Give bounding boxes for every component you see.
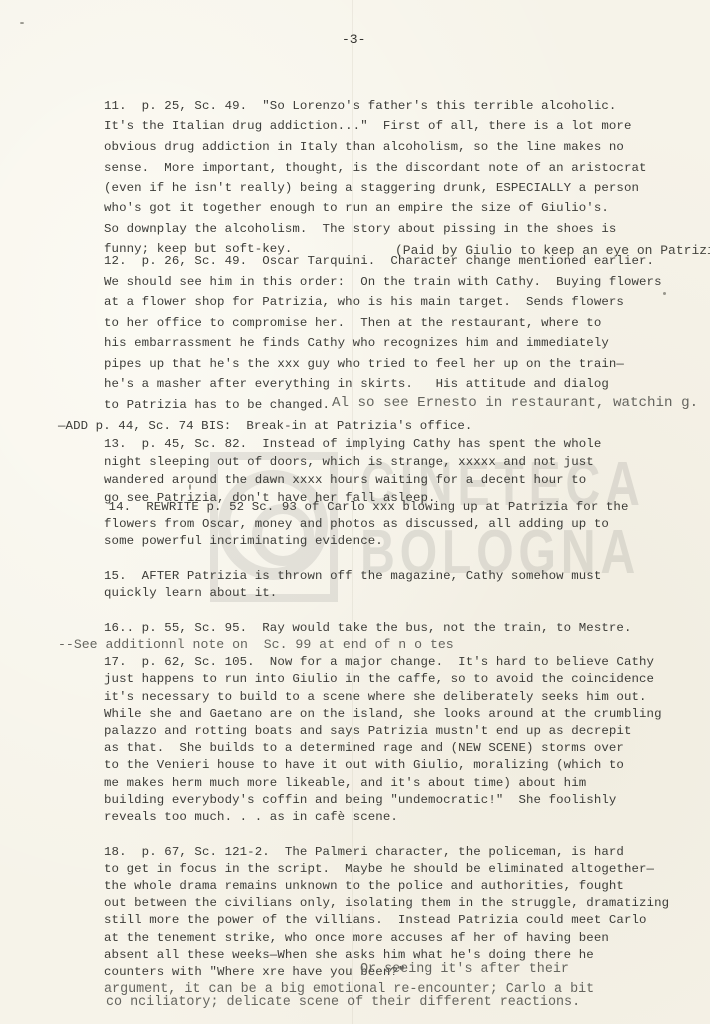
note-line: to her office to compromise her. Then at… xyxy=(104,316,601,330)
paper-speck xyxy=(663,292,666,295)
note-line: 13. p. 45, Sc. 82. Instead of implying C… xyxy=(104,437,601,451)
note-line: night sleeping out of doors, which is st… xyxy=(104,455,594,469)
note-line: his embarrassment he finds Cathy who rec… xyxy=(104,336,609,350)
paper-speck xyxy=(20,22,24,24)
document-page: CINETECA BOLOGNA -3- 11. p. 25, Sc. 49. … xyxy=(0,0,710,1024)
note-addendum: --See additionnl note on Sc. 99 at end o… xyxy=(58,637,454,652)
note-line: some powerful incriminating evidence. xyxy=(104,534,383,548)
note-line: 14. REWRITE p. 52 Sc. 93 of Carlo xxx bl… xyxy=(101,500,629,514)
note-line: We should see him in this order: On the … xyxy=(104,275,662,289)
note-line: out between the civilians only, isolatin… xyxy=(104,896,669,910)
note-line: wandered around the dawn xxxx hours wait… xyxy=(104,473,586,487)
note-line: at a flower shop for Patrizia, who is hi… xyxy=(104,295,624,309)
note-line: obvious drug addiction in Italy than alc… xyxy=(104,140,624,154)
note-line: 16.. p. 55, Sc. 95. Ray would take the b… xyxy=(104,621,632,635)
note-line: quickly learn about it. xyxy=(104,586,277,600)
note-line: While she and Gaetano are on the island,… xyxy=(104,707,662,721)
note-line: just happens to run into Giulio in the c… xyxy=(104,672,654,686)
note-line: building everybody's coffin and being "u… xyxy=(104,793,616,807)
note-line: as that. She builds to a determined rage… xyxy=(104,741,624,755)
note-line: to get in focus in the script. Maybe he … xyxy=(104,862,654,876)
note-line: So downplay the alcoholism. The story ab… xyxy=(104,222,616,236)
note-continuation: Or seeing it's after their xyxy=(360,962,569,977)
note-line: the whole drama remains unknown to the p… xyxy=(104,879,624,893)
note-line: —ADD p. 44, Sc. 74 BIS: Break-in at Patr… xyxy=(58,419,472,433)
note-line: it's necessary to build to a scene where… xyxy=(104,690,647,704)
page-number: -3- xyxy=(342,32,365,47)
note-line: he's a masher after everything in skirts… xyxy=(104,377,609,391)
note-line: palazzo and rotting boats and says Patri… xyxy=(104,724,632,738)
note-addendum: Al so see Ernesto in restaurant, watchin… xyxy=(332,395,698,411)
note-line: 18. p. 67, Sc. 121-2. The Palmeri charac… xyxy=(104,845,624,859)
note-line: reveals too much. . . as in cafè scene. xyxy=(104,810,398,824)
note-line: (even if he isn't really) being a stagge… xyxy=(104,181,639,195)
note-line: 12. p. 26, Sc. 49. Oscar Tarquini. Chara… xyxy=(104,254,654,268)
note-line: It's the Italian drug addiction..." Firs… xyxy=(104,119,632,133)
note-line: 17. p. 62, Sc. 105. Now for a major chan… xyxy=(104,655,654,669)
note-line: absent all these weeks—When she asks him… xyxy=(104,948,594,962)
note-line: pipes up that he's the xxx guy who tried… xyxy=(104,357,624,371)
note-line: sense. More important, thought, is the d… xyxy=(104,161,647,175)
note-line: at the tenement strike, who once more ac… xyxy=(104,931,609,945)
note-line: who's got it together enough to run an e… xyxy=(104,201,609,215)
note-line: flowers from Oscar, money and photos as … xyxy=(104,517,609,531)
note-line: to the Venieri house to have it out with… xyxy=(104,758,624,772)
note-line: still more the power of the villians. In… xyxy=(104,913,647,927)
note-line: 11. p. 25, Sc. 49. "So Lorenzo's father'… xyxy=(104,99,616,113)
note-continuation: co nciliatory; delicate scene of their d… xyxy=(106,995,580,1010)
note-line: to Patrizia has to be changed. xyxy=(104,398,330,412)
paper-speck xyxy=(189,484,191,490)
note-line: me makes herm much more likeable, and it… xyxy=(104,776,586,790)
note-line: 15. AFTER Patrizia is thrown off the mag… xyxy=(104,569,601,583)
